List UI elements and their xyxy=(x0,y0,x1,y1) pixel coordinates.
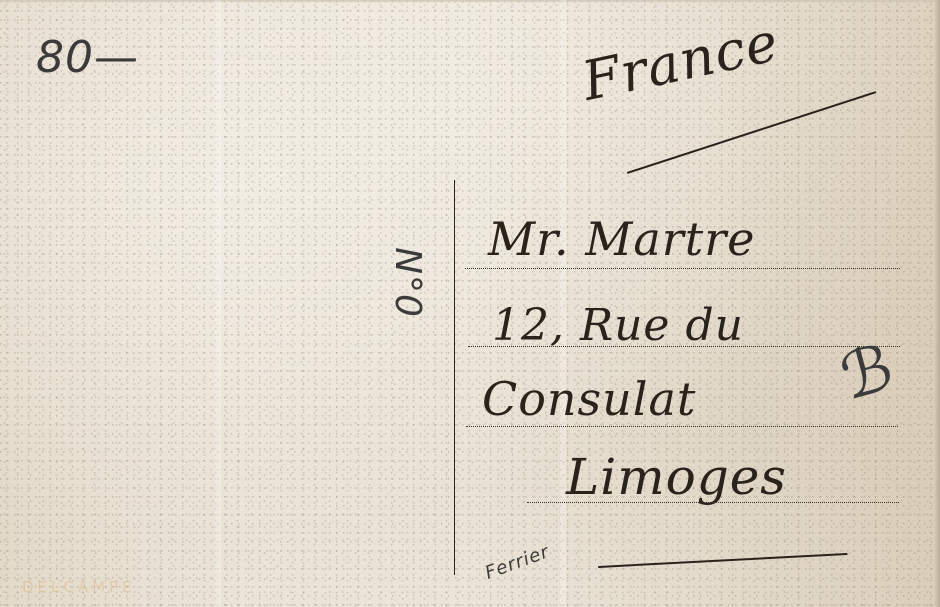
addressee-name: Mr. Martre xyxy=(488,212,756,266)
city-underline xyxy=(598,553,848,568)
address-street: 12, Rue du xyxy=(492,300,744,351)
address-street-cont: Consulat xyxy=(482,372,696,426)
country-underline xyxy=(627,91,877,174)
top-edge xyxy=(0,0,940,3)
address-divider-line xyxy=(454,180,455,575)
country-text: France xyxy=(577,10,784,113)
paper-crease xyxy=(215,0,221,607)
small-signature: Ferrier xyxy=(482,541,552,584)
pencil-mark: ℬ xyxy=(833,331,902,416)
address-line-4 xyxy=(527,502,899,503)
address-city: Limoges xyxy=(566,448,787,506)
watermark: DELCAMPE xyxy=(22,578,136,596)
price-note: 80— xyxy=(36,32,139,83)
address-line-1 xyxy=(465,268,900,269)
address-line-3 xyxy=(466,426,898,427)
right-edge xyxy=(934,0,940,607)
postcard-back: 80— France N°0 Mr. Martre 12, Rue du ℬ C… xyxy=(0,0,940,607)
pencil-code: N°0 xyxy=(387,247,428,318)
